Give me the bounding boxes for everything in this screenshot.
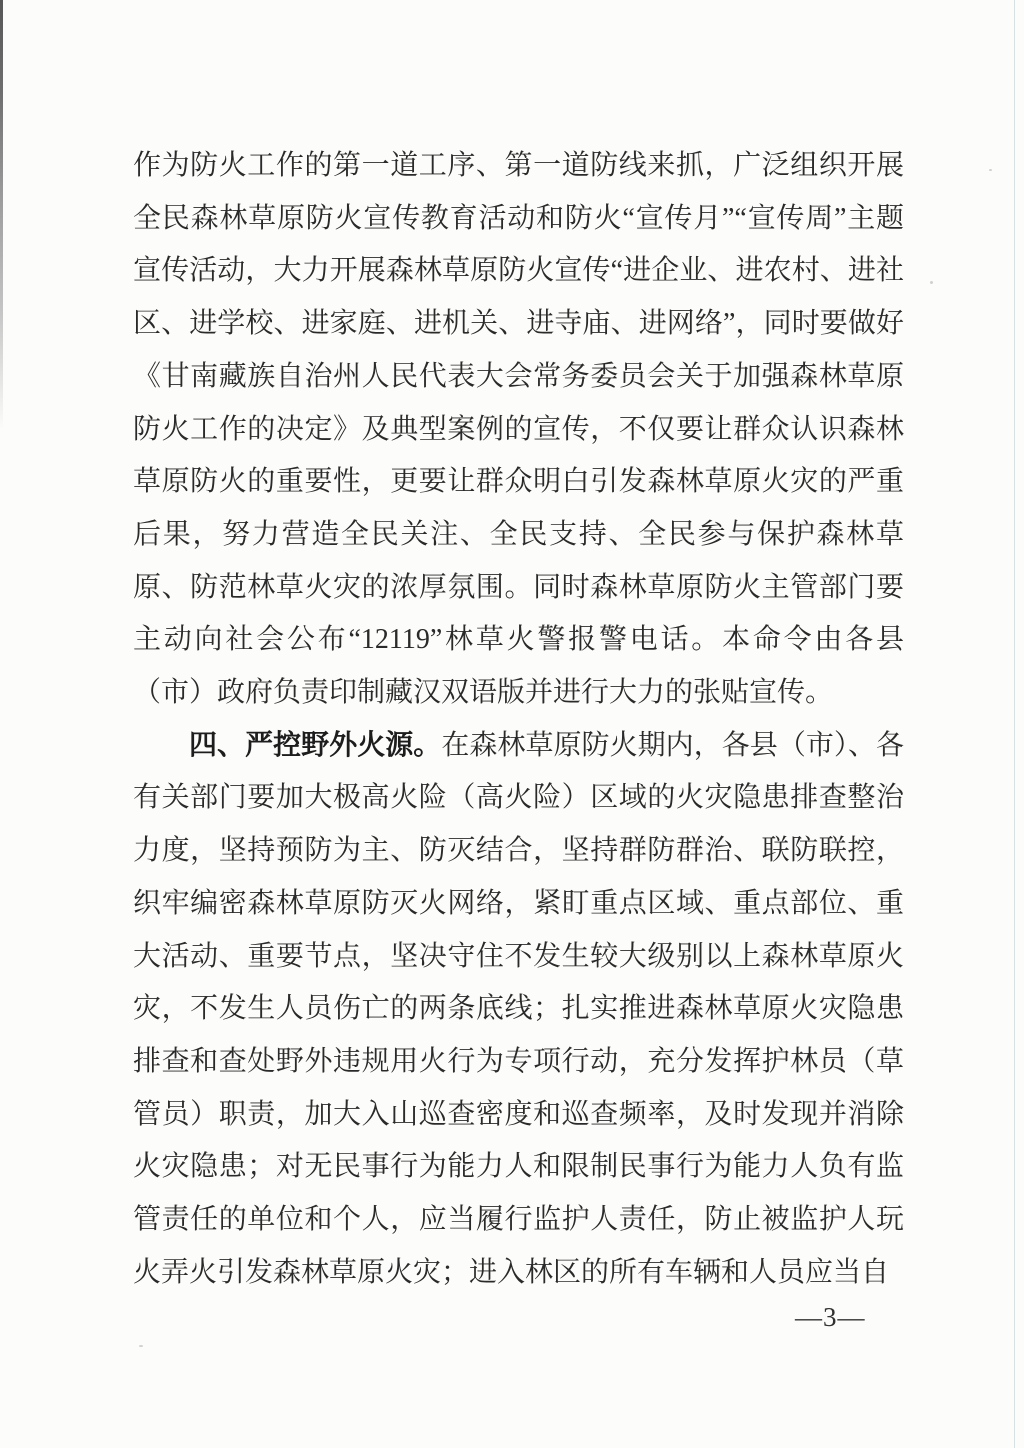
paragraph-text: 作为防火工作的第一道工序、第一道防线来抓，广泛组织开展全民森林草原防火宣传教育活… [133,150,904,708]
paragraph-bold-lead: 四、严控野外火源。 [189,730,441,761]
scan-speck [139,1345,143,1347]
paragraph: 四、严控野外火源。在森林草原防火期内，各县（市）、各有关部门要加大极高火险（高火… [133,720,904,1300]
scan-speck [930,281,933,284]
scan-artifact-left-edge [0,0,3,430]
paragraph-text: 在森林草原防火期内，各县（市）、各有关部门要加大极高火险（高火险）区域的火灾隐患… [133,730,904,1288]
document-page: 作为防火工作的第一道工序、第一道防线来抓，广泛组织开展全民森林草原防火宣传教育活… [0,0,1024,1448]
scan-speck [989,169,992,171]
paragraph: 作为防火工作的第一道工序、第一道防线来抓，广泛组织开展全民森林草原防火宣传教育活… [133,140,904,720]
scan-artifact-right-line [1014,0,1015,1448]
page-number: —3— [795,1302,866,1333]
document-body: 作为防火工作的第一道工序、第一道防线来抓，广泛组织开展全民森林草原防火宣传教育活… [133,140,904,1299]
